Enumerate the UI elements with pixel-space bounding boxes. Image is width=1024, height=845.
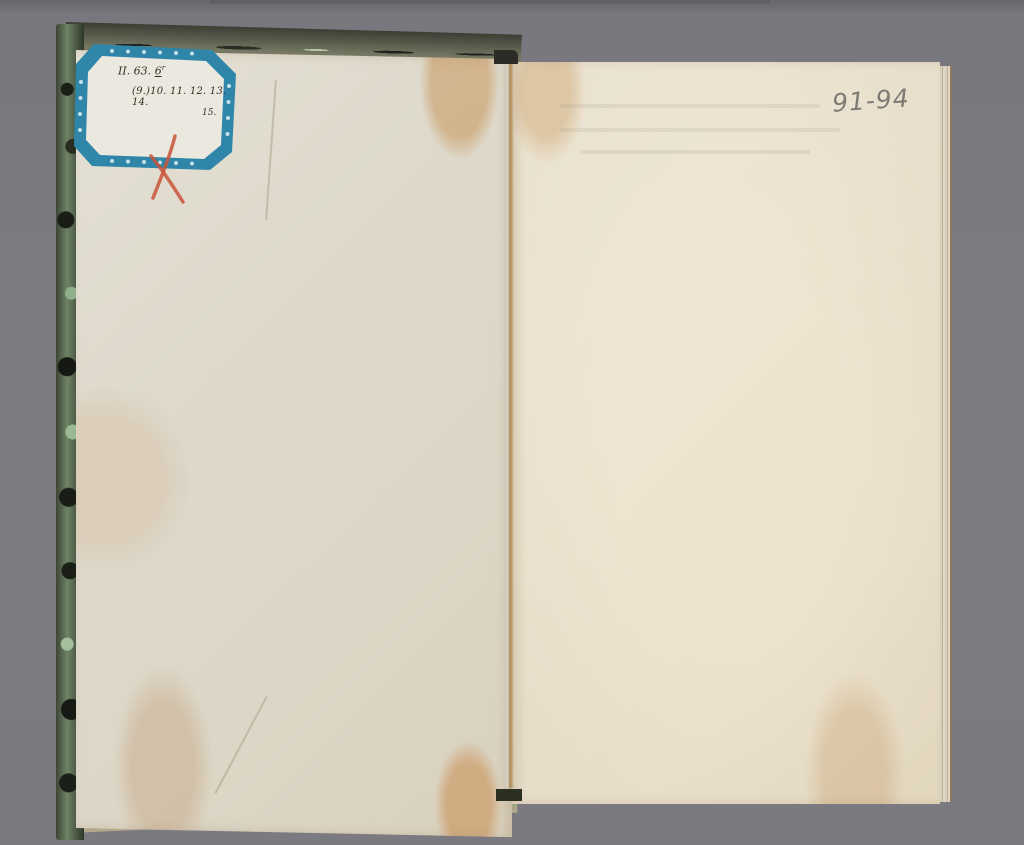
pencil-page-annotation: 91-94 bbox=[831, 83, 910, 117]
adjacent-book-edge bbox=[210, 0, 770, 4]
right-flyleaf bbox=[512, 62, 940, 804]
label-shelfmark: II. 63. 6r bbox=[118, 64, 165, 78]
spine-bottom-cap bbox=[496, 789, 522, 801]
label-volume-last: 15. bbox=[202, 108, 216, 118]
spine-top-cap bbox=[494, 50, 518, 64]
show-through-text bbox=[560, 104, 820, 108]
book-gutter bbox=[504, 62, 514, 788]
label-volume-list: (9.)10. 11. 12. 13. 14. bbox=[132, 86, 238, 108]
red-crayon-x-icon bbox=[145, 132, 187, 204]
show-through-text bbox=[580, 150, 810, 154]
show-through-text bbox=[560, 128, 840, 132]
